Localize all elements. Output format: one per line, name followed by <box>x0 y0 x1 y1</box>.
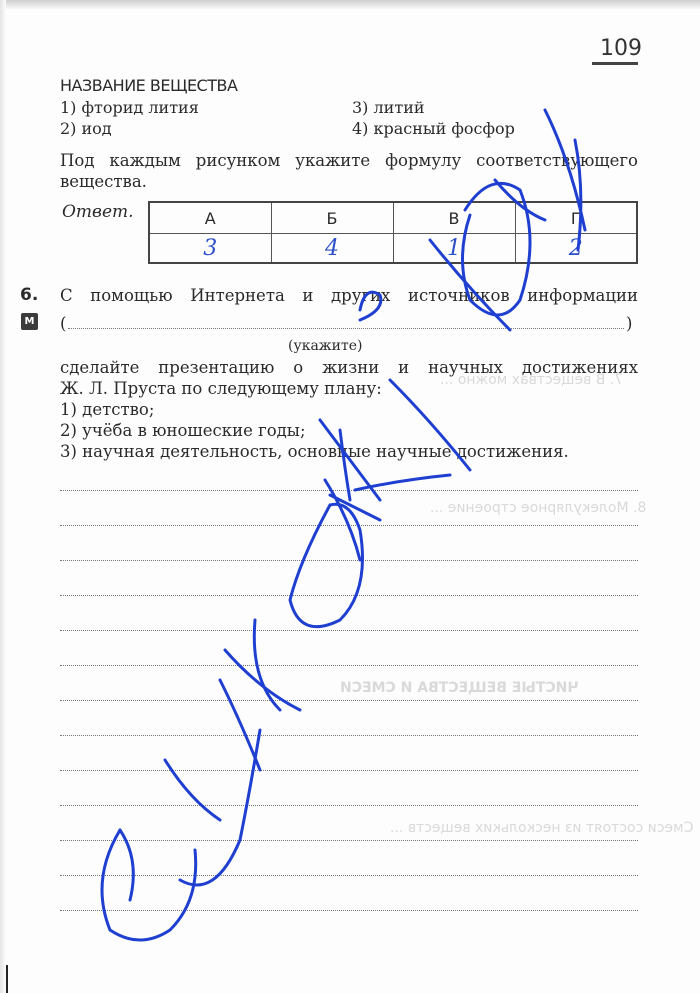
answer-value-cell[interactable]: 2 <box>515 234 637 264</box>
multimedia-icon: M <box>21 313 38 330</box>
answer-value-cell[interactable]: 1 <box>393 234 515 264</box>
instruction-line: вещества. <box>60 171 147 192</box>
plan-item: 1) детство; <box>60 399 154 420</box>
task-text-line: С помощью Интернета и других источников … <box>60 285 638 306</box>
page-edge-mark <box>6 965 8 993</box>
answer-line[interactable] <box>60 875 638 876</box>
bleed-through-text: ЧИСТЫЕ ВЕЩЕСТВА И СМЕСИ <box>340 680 579 696</box>
plan-item: 2) учёба в юношеские годы; <box>60 420 306 441</box>
answer-line[interactable] <box>60 665 638 666</box>
answer-header-cell: Б <box>271 202 393 234</box>
answer-table: А Б В Г 3 4 1 2 <box>148 201 638 264</box>
task-text-line: Ж. Л. Пруста по следующему плану: <box>60 378 382 399</box>
page-number: 109 <box>600 36 642 61</box>
answer-value-cell[interactable]: 3 <box>149 234 271 264</box>
answer-line[interactable] <box>60 910 638 911</box>
answer-line[interactable] <box>60 840 638 841</box>
answer-header-cell: В <box>393 202 515 234</box>
page-number-rule <box>592 62 638 65</box>
paren-open: ( <box>60 313 66 334</box>
answer-header-row: А Б В Г <box>149 202 637 234</box>
bleed-through-text: 8. Молекулярное строение ... <box>430 500 646 516</box>
hint-text: (укажите) <box>288 338 363 354</box>
plan-item: 3) научная деятельность, основные научны… <box>60 441 569 462</box>
bleed-through-text: 7. В веществах можно ... <box>440 372 623 388</box>
answer-line[interactable] <box>60 490 638 491</box>
answer-line[interactable] <box>60 560 638 561</box>
answer-line[interactable] <box>60 595 638 596</box>
bleed-through-text: Смеси состоят из нескольких веществ ... <box>390 820 693 836</box>
page-top-shadow <box>0 0 700 10</box>
paren-close: ) <box>626 313 632 334</box>
fill-in-line[interactable] <box>68 328 624 329</box>
answer-label: Ответ. <box>62 202 134 222</box>
answer-line[interactable] <box>60 805 638 806</box>
substance-item: 3) литий <box>352 98 425 118</box>
answer-value-row: 3 4 1 2 <box>149 234 637 264</box>
substance-item: 4) красный фосфор <box>352 119 515 139</box>
instruction-line: Под каждым рисунком укажите формулу соот… <box>60 150 638 171</box>
substance-item: 1) фторид лития <box>60 98 199 118</box>
answer-header-cell: А <box>149 202 271 234</box>
handwriting-scrawl <box>0 0 700 993</box>
answer-line[interactable] <box>60 770 638 771</box>
answer-line[interactable] <box>60 735 638 736</box>
answer-header-cell: Г <box>515 202 637 234</box>
answer-line[interactable] <box>60 525 638 526</box>
answer-value-cell[interactable]: 4 <box>271 234 393 264</box>
page-left-edge <box>0 0 6 993</box>
answer-line[interactable] <box>60 630 638 631</box>
answer-line[interactable] <box>60 700 638 701</box>
substances-heading: НАЗВАНИЕ ВЕЩЕСТВА <box>60 76 237 95</box>
task-number: 6. <box>20 285 38 305</box>
substance-item: 2) иод <box>60 119 112 139</box>
